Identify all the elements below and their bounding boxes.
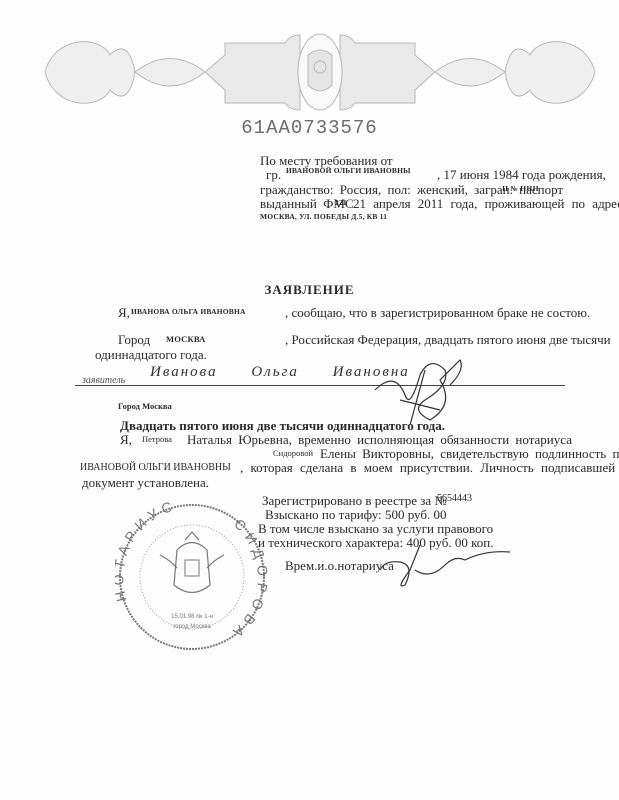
notary-signature-icon <box>375 540 515 590</box>
requester-address: МОСКВА, УЛ. ПОБЕДЫ Д.5, КВ 11 <box>260 212 387 221</box>
date-line-1: , Российская Федерация, двадцать пятого … <box>285 332 611 348</box>
issued-date: 21 апреля 2011 года, проживающей по адре… <box>353 196 619 212</box>
signature-line <box>75 385 565 386</box>
registry-number: 5654443 <box>437 493 472 504</box>
security-banner-ornament <box>40 25 600 120</box>
requester-birth: , 17 июня 1984 года рождения, <box>437 167 606 183</box>
passport-number: II № IIIIII <box>502 184 539 193</box>
stamp-license: 15.01.98 № 1-н <box>171 613 213 620</box>
declaration-text: , сообщаю, что в зарегистрированном брак… <box>285 305 590 321</box>
cert-line-4: документ установлена. <box>82 475 209 491</box>
cert-i: Я, <box>120 432 132 448</box>
fms-code: 221 <box>335 198 347 207</box>
serial-number: 61АА0733576 <box>0 117 619 139</box>
declarant-name: ИВАНОВА ОЛЬГА ИВАНОВНА <box>131 307 246 316</box>
statement-i: Я, <box>118 305 130 321</box>
city-value: МОСКВА <box>166 334 206 344</box>
requester-prefix: гр. <box>266 167 281 183</box>
notary-seal-icon: НОТАРИУС СИДОРОВА 15.01.98 № 1-н город М… <box>115 500 270 655</box>
statement-title: ЗАЯВЛЕНИЕ <box>0 282 619 298</box>
signer-name: ИВАНОВОЙ ОЛЬГИ ИВАНОВНЫ <box>80 462 231 473</box>
requester-name: ИВАНОВОЙ ОЛЬГИ ИВАНОВНЫ <box>286 166 411 175</box>
cert-city: Город Москва <box>118 401 172 411</box>
stamp-inner-text: город Москва <box>173 624 211 630</box>
cert-line-3: , которая сделана в моем присутствии. Ли… <box>240 460 615 476</box>
notary-surname: Сидоровой <box>273 448 313 458</box>
acting-notary-surname: Петрова <box>142 434 172 444</box>
date-line-2: одиннадцатого года. <box>95 347 207 363</box>
city-label: Город <box>118 332 150 348</box>
